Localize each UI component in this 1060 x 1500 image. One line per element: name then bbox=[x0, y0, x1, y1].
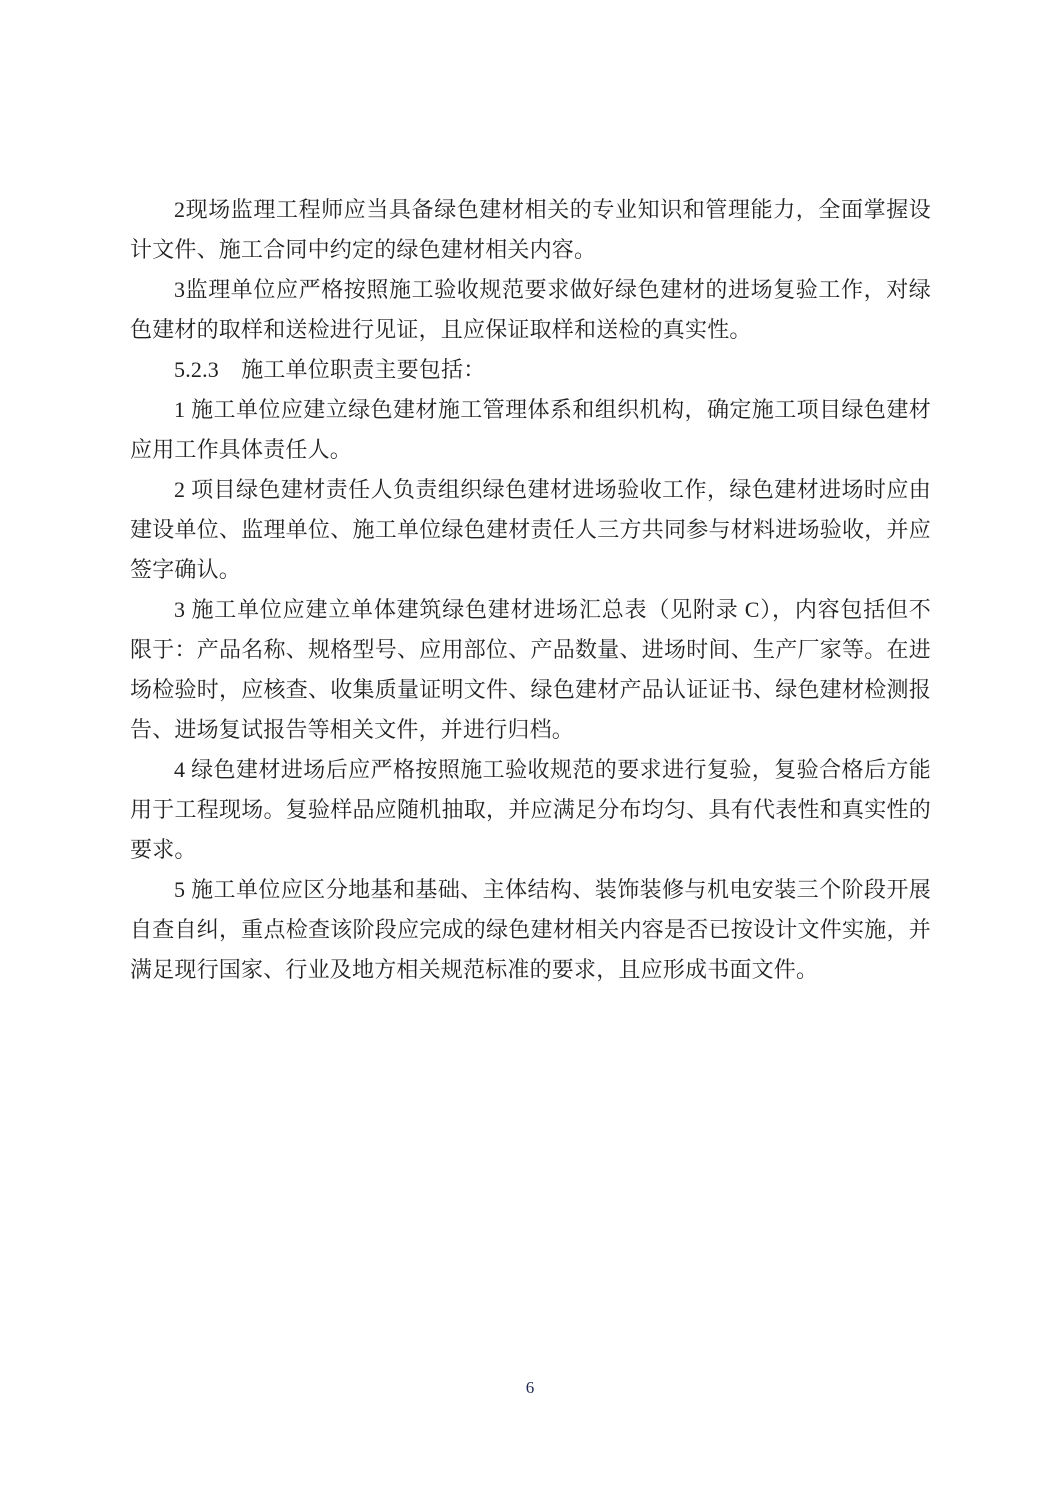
document-page: 2现场监理工程师应当具备绿色建材相关的专业知识和管理能力，全面掌握设计文件、施工… bbox=[0, 0, 1060, 1500]
paragraph-construction-item-2: 2 项目绿色建材责任人负责组织绿色建材进场验收工作，绿色建材进场时应由建设单位、… bbox=[130, 470, 931, 590]
paragraph-supervision-unit: 3监理单位应严格按照施工验收规范要求做好绿色建材的进场复验工作，对绿色建材的取样… bbox=[130, 270, 931, 350]
page-number: 6 bbox=[0, 1376, 1060, 1400]
paragraph-construction-item-5: 5 施工单位应区分地基和基础、主体结构、装饰装修与机电安装三个阶段开展自查自纠，… bbox=[130, 870, 931, 990]
paragraph-construction-item-4: 4 绿色建材进场后应严格按照施工验收规范的要求进行复验，复验合格后方能用于工程现… bbox=[130, 750, 931, 870]
paragraph-construction-item-1: 1 施工单位应建立绿色建材施工管理体系和组织机构，确定施工项目绿色建材应用工作具… bbox=[130, 390, 931, 470]
section-heading-5-2-3: 5.2.3 施工单位职责主要包括： bbox=[130, 350, 931, 390]
page-body-text: 2现场监理工程师应当具备绿色建材相关的专业知识和管理能力，全面掌握设计文件、施工… bbox=[130, 190, 931, 990]
paragraph-supervision-engineer: 2现场监理工程师应当具备绿色建材相关的专业知识和管理能力，全面掌握设计文件、施工… bbox=[130, 190, 931, 270]
paragraph-construction-item-3: 3 施工单位应建立单体建筑绿色建材进场汇总表（见附录 C），内容包括但不限于：产… bbox=[130, 590, 931, 750]
